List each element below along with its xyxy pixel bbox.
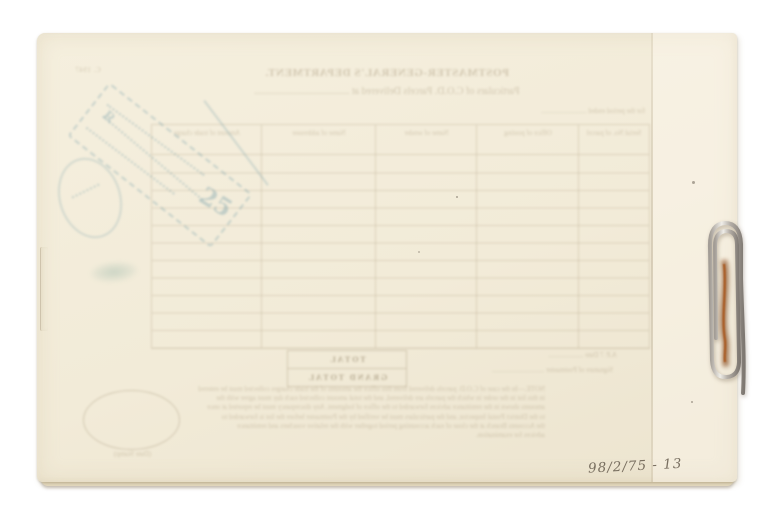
photograph-of-document-back: C. 1947 POSTMASTER-GENERAL'S DEPARTMENT.… [0,0,768,516]
paperclip [700,216,748,398]
dust-speck [691,401,693,403]
stamp-squiggle [106,104,204,176]
dust-speck [418,251,420,253]
stamp-impressions-layer: 25 R [37,33,737,482]
dust-speck [692,181,695,184]
teal-ink-smudge [89,260,139,284]
stamp-digits: 25 [194,180,238,222]
dust-speck [456,196,458,198]
document-paper: C. 1947 POSTMASTER-GENERAL'S DEPARTMENT.… [37,33,737,482]
